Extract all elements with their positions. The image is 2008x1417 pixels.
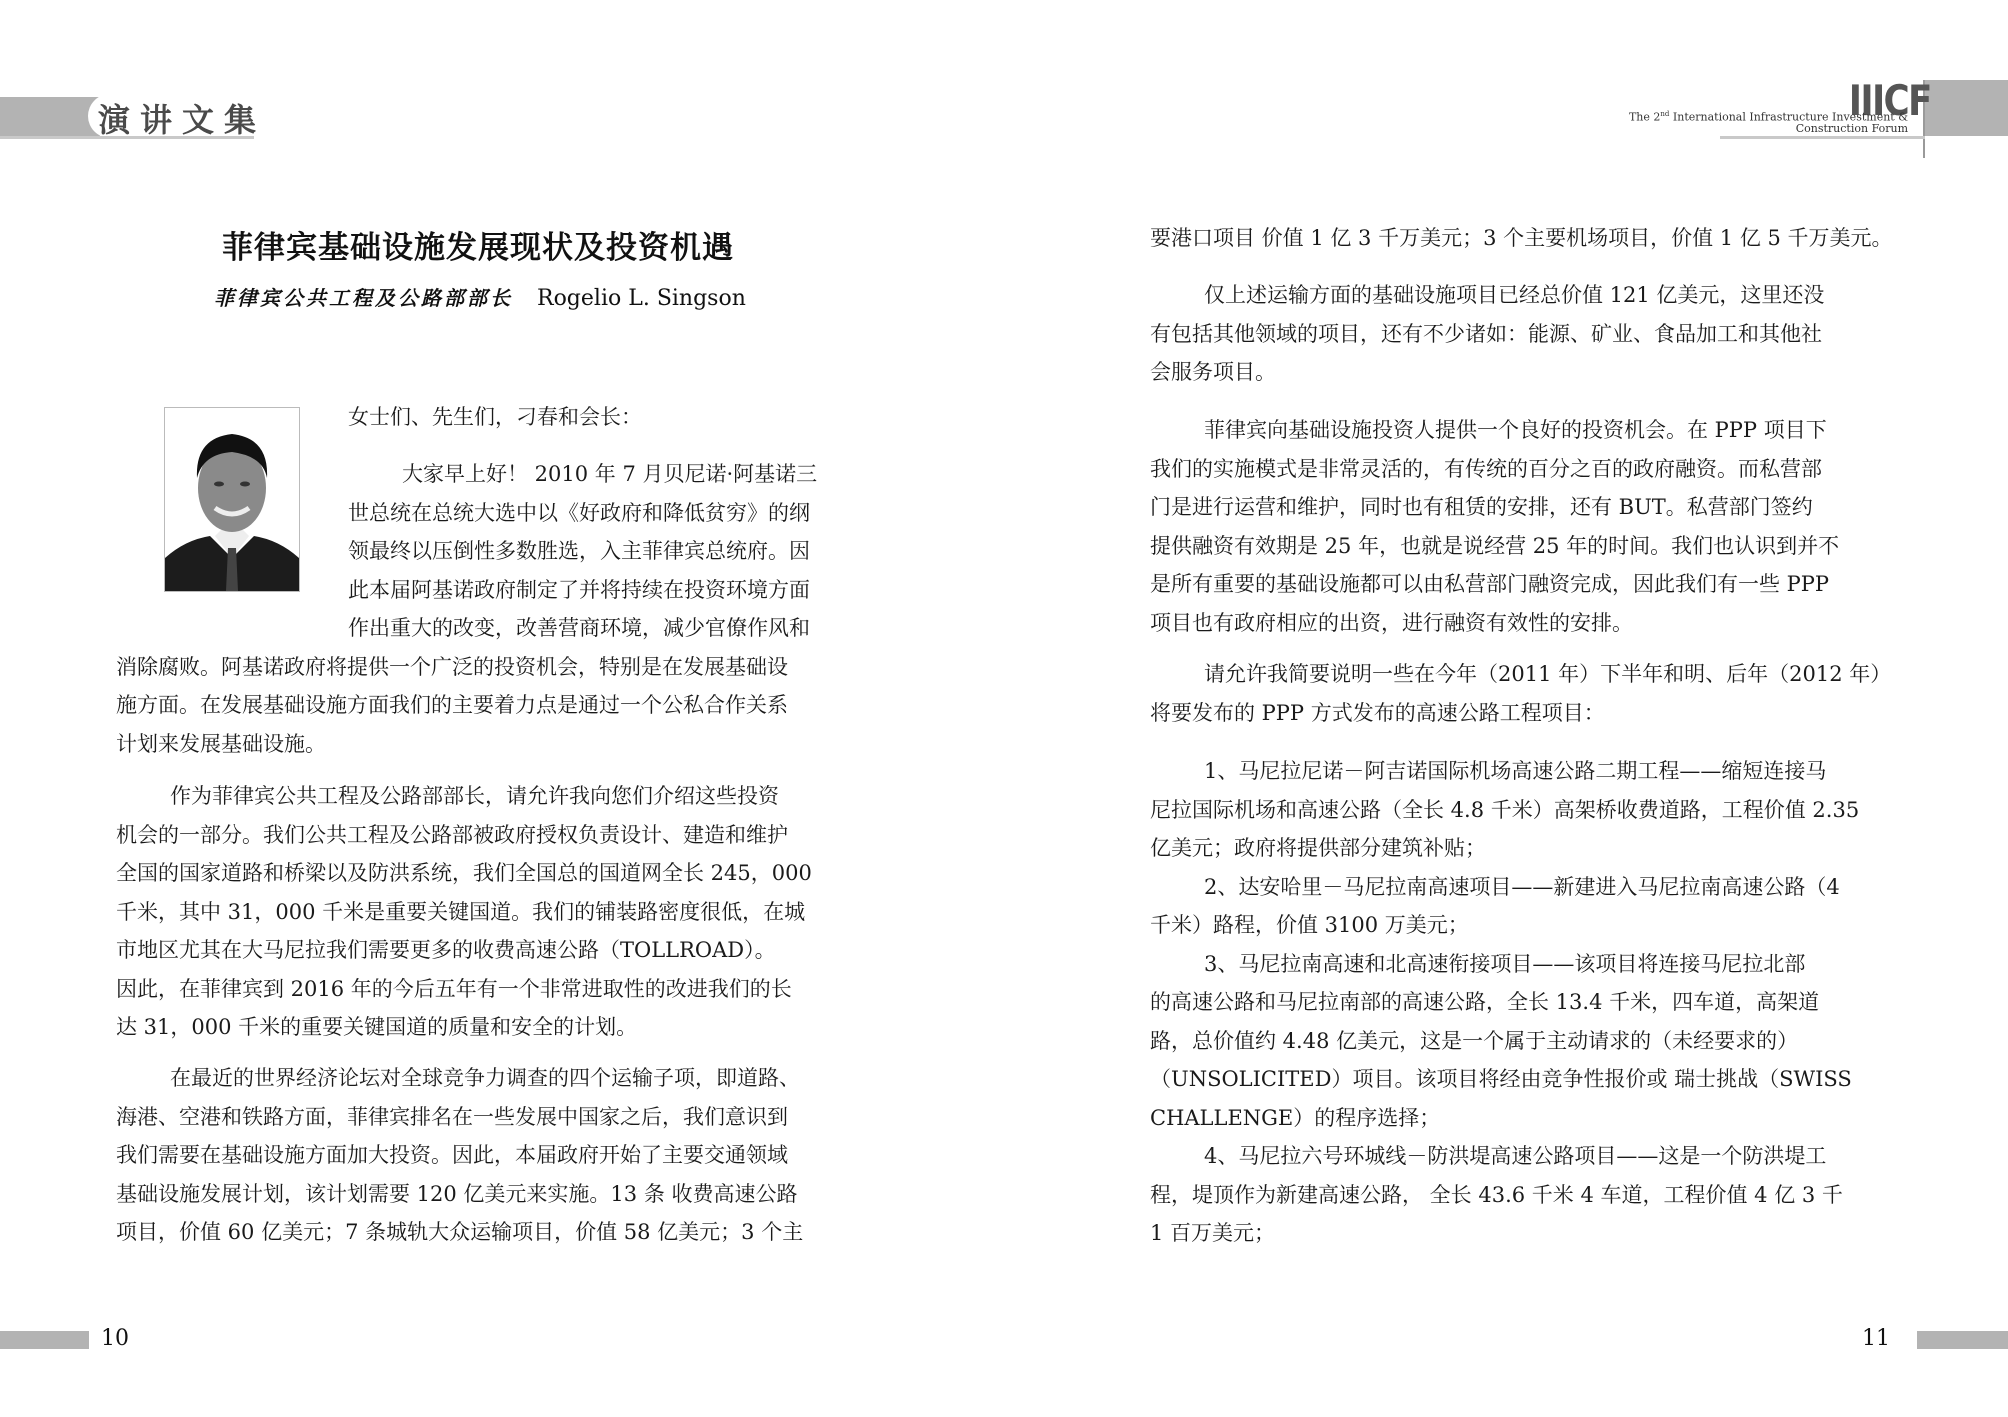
header-right-rule <box>1720 136 1925 139</box>
right-paragraph-3: 请允许我简要说明一些在今年（2011 年）下半年和明、后年（2012 年） 将要… <box>1150 655 1890 732</box>
project-list: 1、马尼拉尼诺－阿吉诺国际机场高速公路二期工程——缩短连接马 尼拉国际机场和高速… <box>1150 752 1890 1253</box>
author-name: Rogelio L. Singson <box>537 286 746 311</box>
author-byline: 菲律宾公共工程及公路部部长Rogelio L. Singson <box>214 282 746 311</box>
article-title: 菲律宾基础设施发展现状及投资机遇 <box>222 222 734 267</box>
project-item-3: 3、马尼拉南高速和北高速衔接项目——该项目将连接马尼拉北部 的高速公路和马尼拉南… <box>1150 945 1890 1138</box>
right-paragraph-0: 要港口项目 价值 1 亿 3 千万美元；3 个主要机场项目，价值 1 亿 5 千… <box>1150 219 1890 258</box>
section-title: 演讲文集 <box>98 95 266 141</box>
footer-left-bar <box>0 1331 89 1349</box>
forum-name-line2: Construction Forum <box>1796 122 1908 135</box>
right-paragraph-1: 仅上述运输方面的基础设施项目已经总价值 121 亿美元，这里还没 有包括其他领域… <box>1150 276 1890 392</box>
project-item-4: 4、马尼拉六号环城线－防洪堤高速公路项目——这是一个防洪堤工 程，堤顶作为新建高… <box>1150 1137 1890 1253</box>
footer-right-bar <box>1917 1331 2008 1349</box>
greeting: 女士们、先生们，刁春和会长： <box>348 398 642 437</box>
page-number-left: 10 <box>101 1326 129 1351</box>
project-item-2: 2、达安哈里－马尼拉南高速项目——新建进入马尼拉南高速公路（4 千米）路程，价值… <box>1150 868 1890 945</box>
header-left-bar <box>0 97 100 136</box>
project-item-1: 1、马尼拉尼诺－阿吉诺国际机场高速公路二期工程——缩短连接马 尼拉国际机场和高速… <box>1150 752 1890 868</box>
left-paragraph-1: 大家早上好！ 2010 年 7 月贝尼诺·阿基诺三 世总统在总统大选中以《好政府… <box>116 455 856 763</box>
page-number-right: 11 <box>1862 1326 1890 1351</box>
author-title: 菲律宾公共工程及公路部部长 <box>214 286 513 310</box>
left-paragraph-3: 在最近的世界经济论坛对全球竞争力调查的四个运输子项，即道路、 海港、空港和铁路方… <box>116 1059 856 1252</box>
right-paragraph-2: 菲律宾向基础设施投资人提供一个良好的投资机会。在 PPP 项目下 我们的实施模式… <box>1150 411 1890 642</box>
left-paragraph-2: 作为菲律宾公共工程及公路部部长，请允许我向您们介绍这些投资 机会的一部分。我们公… <box>116 777 856 1047</box>
header-right-bar <box>1925 80 2008 136</box>
